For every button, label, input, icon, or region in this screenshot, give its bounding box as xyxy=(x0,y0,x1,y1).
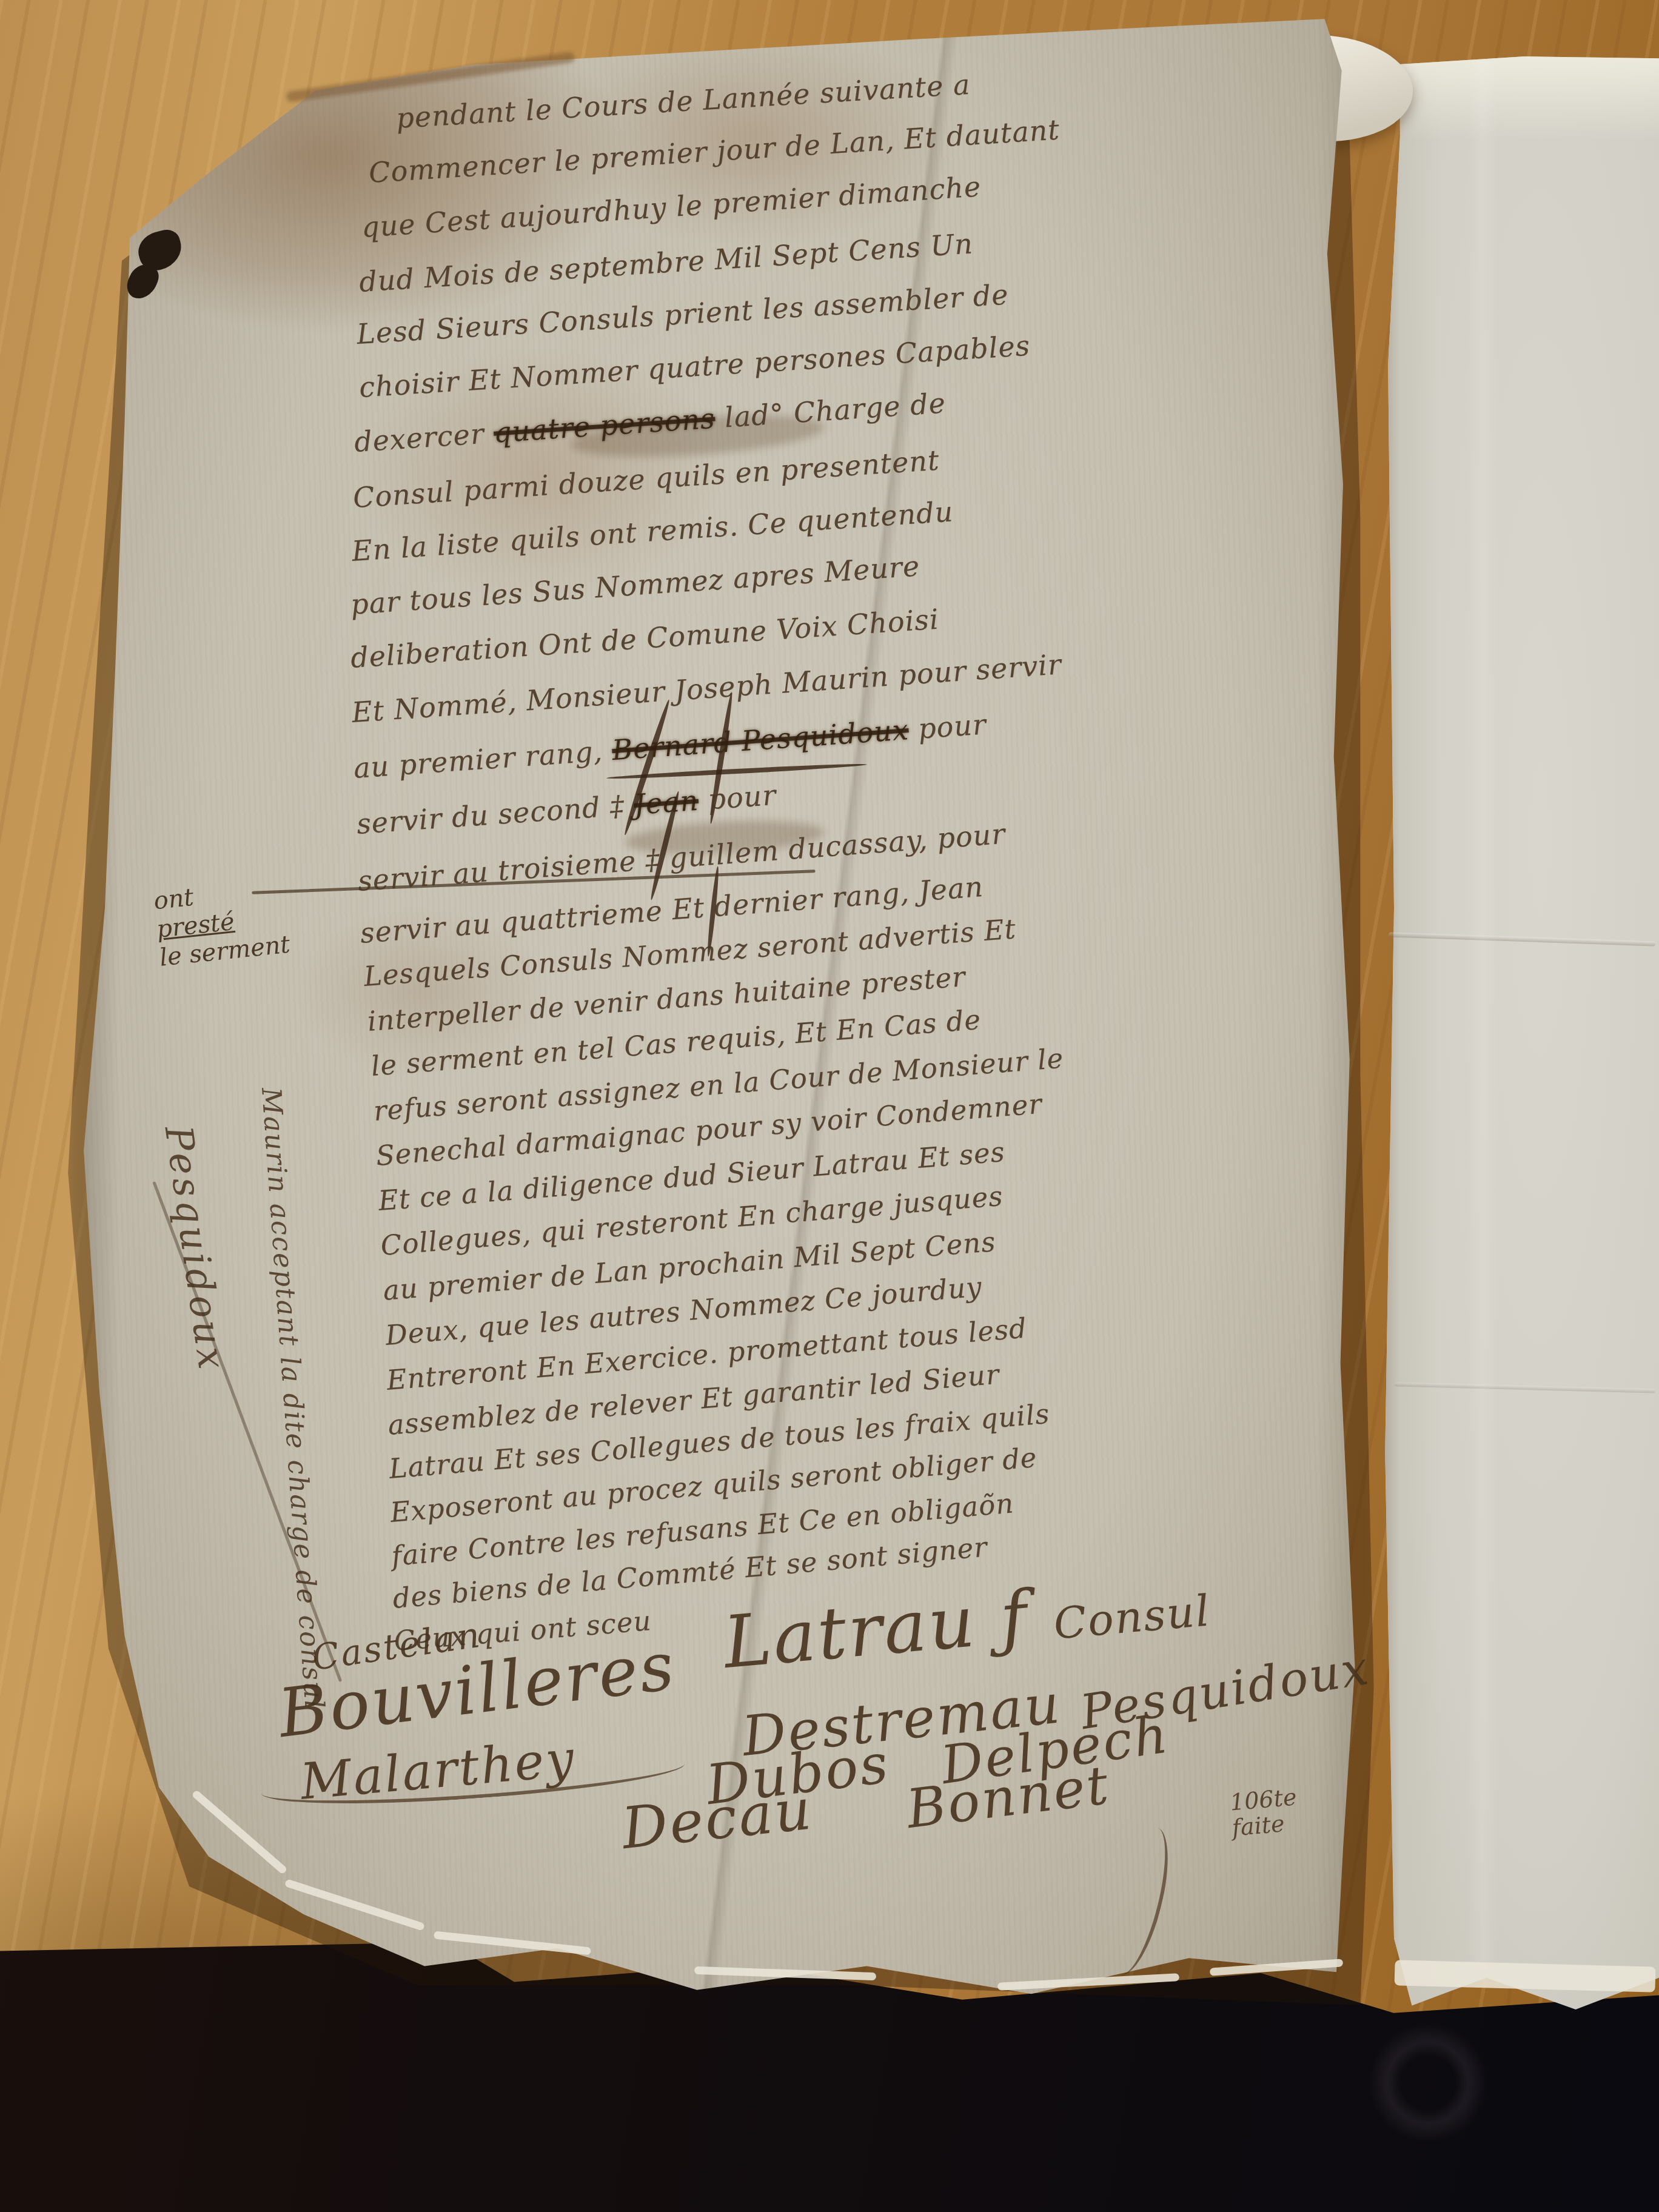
paper-crease xyxy=(1467,61,1498,1971)
floor-grommet-ring xyxy=(1364,2019,1492,2147)
photographed-manuscript-scene: ont presté le serment Maurin acceptant l… xyxy=(0,0,1659,2212)
corner-annotation: 106te faite xyxy=(1229,1785,1300,1841)
blank-right-page xyxy=(1361,49,1659,2025)
signature-latrau-title: Consul xyxy=(1051,1585,1212,1649)
margin-note-oath: ont presté le serment xyxy=(152,874,292,973)
signature-latrau-paraph: ƒ xyxy=(997,1575,1033,1661)
